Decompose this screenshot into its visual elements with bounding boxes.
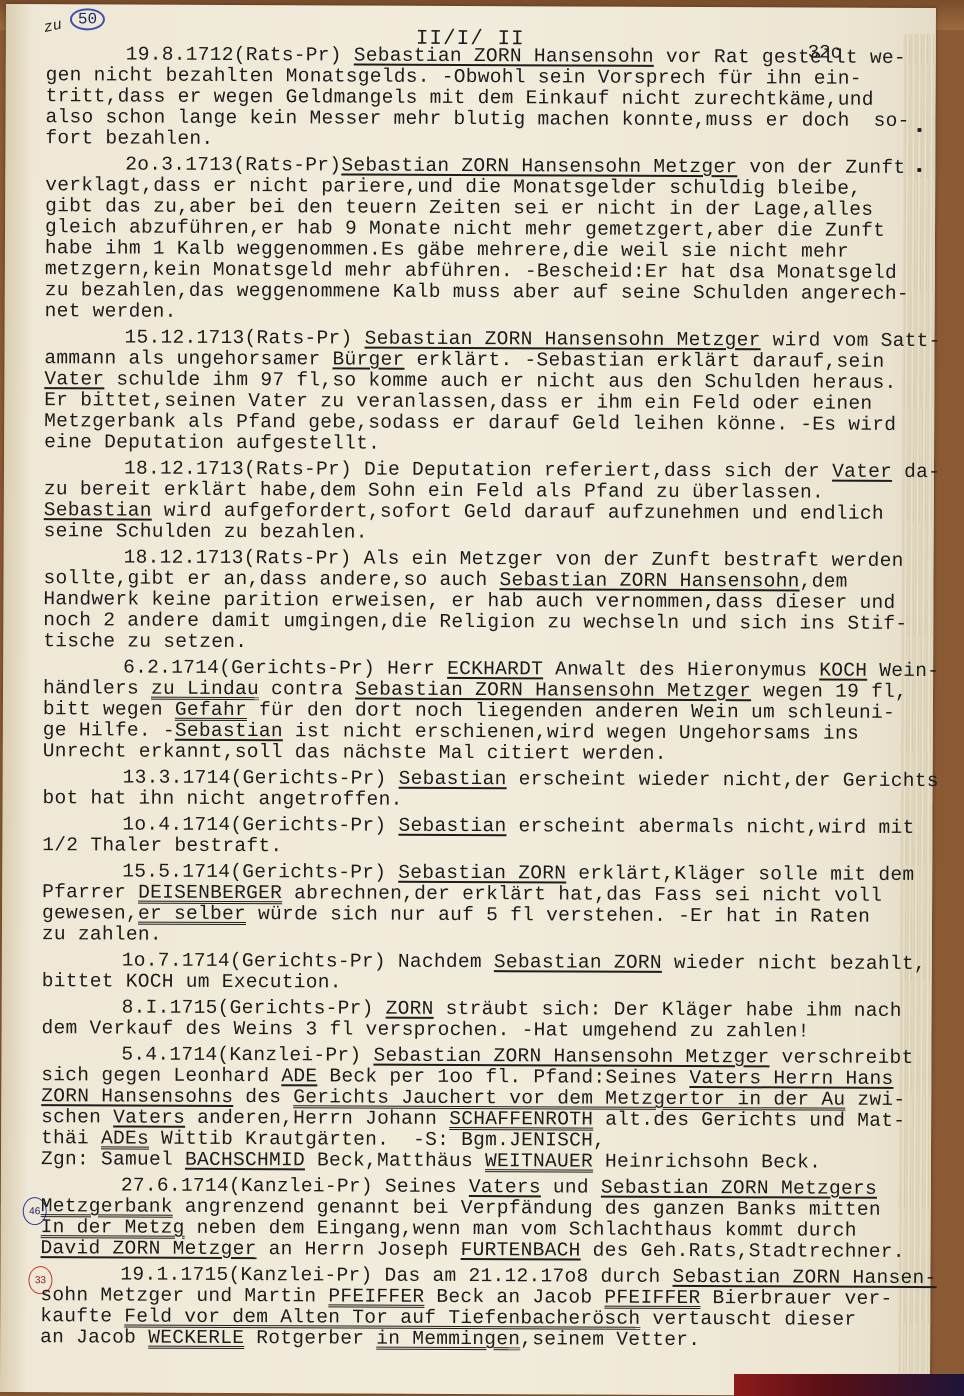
text-segment: verschreibt (769, 1046, 913, 1069)
underlined-name: KOCH (819, 660, 867, 682)
text-segment: dem Verkauf des Weins 3 fl versprochen. … (41, 1017, 809, 1042)
text-segment: Pfarrer (42, 881, 138, 903)
text-segment: thäi (41, 1127, 101, 1149)
text-line: bittet KOCH um Execution. (42, 971, 932, 996)
text-segment: zwi- (845, 1089, 905, 1111)
double-underlined-term: PFEIFFER (328, 1285, 424, 1307)
text-segment: 1o.7.1714(Gerichts-Pr) Nachdem (122, 950, 494, 974)
record-entry: 8.I.1715(Gerichts-Pr) ZORN sträubt sich:… (41, 997, 931, 1043)
text-segment: kaufte (40, 1305, 124, 1327)
text-segment: sich gegen Leonhard (41, 1064, 281, 1087)
text-line: David ZORN Metzger an Herrn Joseph FURTE… (41, 1238, 931, 1263)
text-segment: Anwalt des Hieronymus (543, 658, 819, 681)
record-entry: 5.4.1714(Kanzlei-Pr) Sebastian ZORN Hans… (41, 1044, 932, 1174)
double-underlined-term: in Memmingen (376, 1328, 520, 1351)
text-segment: Heinrichsohn Beck. (593, 1151, 821, 1174)
double-underlined-term: WEITNAUER (485, 1150, 593, 1172)
record-entry: 2o.3.1713(Rats-Pr)Sebastian ZORN Hansens… (45, 154, 936, 326)
book-cover-corner (734, 1374, 964, 1396)
text-line: bot hat ihn nicht angetroffen. (42, 788, 932, 813)
double-underlined-term: Metzgerbank (41, 1195, 173, 1218)
underlined-name: Sebastian (44, 499, 152, 521)
ink-dot (917, 128, 921, 132)
text-segment: bot hat ihn nicht angetroffen. (42, 787, 402, 811)
margin-reference-number: 50 (70, 8, 105, 30)
text-segment: 15.12.1713(Rats-Pr) (124, 327, 364, 350)
text-segment: anderen,Herrn Johann (185, 1107, 449, 1130)
text-segment: 1/2 Thaler bestraft. (42, 834, 282, 857)
double-underlined-term: zu Lindau (151, 678, 259, 700)
text-segment: Unrecht erkannt,soll das nächste Mal cit… (43, 740, 667, 765)
text-segment: 19.8.1712(Rats-Pr) (126, 44, 354, 67)
text-segment: 5.4.1714(Kanzlei-Pr) (121, 1044, 373, 1067)
underlined-name: Vater (832, 461, 892, 483)
text-segment: seine Schulden zu bezahlen. (44, 520, 368, 543)
underlined-name: Sebastian ZORN Hansensohn (354, 45, 654, 68)
text-line: an Jacob WECKERLE Rotgerber in Memmingen… (40, 1327, 930, 1352)
text-segment: Beck,Matthäus (305, 1149, 485, 1172)
underlined-name: Vaters (113, 1106, 185, 1128)
text-segment: Wein- (867, 660, 939, 682)
text-segment: bitt wegen (43, 698, 175, 721)
text-segment: ,seinem Vetter. (520, 1328, 700, 1351)
text-line: tische zu setzen. (43, 631, 933, 656)
text-line: Unrecht erkannt,soll das nächste Mal cit… (43, 741, 933, 766)
text-segment: des (233, 1086, 293, 1108)
underlined-name: ECKHARDT (447, 658, 543, 680)
text-segment: 27.6.1714(Kanzlei-Pr) Seines (121, 1175, 469, 1199)
text-segment: 2o.3.1713(Rats-Pr) (125, 154, 341, 177)
text-line: Zgn: Samuel BACHSCHMID Beck,Matthäus WEI… (41, 1149, 931, 1174)
text-segment: schen (41, 1106, 113, 1128)
text-segment: ge Hilfe. - (43, 719, 175, 742)
ink-dot (917, 168, 921, 172)
text-segment: alt.des Gerichts und Mat- (593, 1109, 905, 1132)
text-segment: von der Zunft (737, 156, 905, 179)
underlined-name: ZORN Hansensohns (41, 1085, 233, 1108)
text-segment: tische zu setzen. (43, 630, 247, 653)
text-line: 1/2 Thaler bestraft. (42, 835, 932, 860)
record-entry: 13.3.1714(Gerichts-Pr) Sebastian erschei… (42, 767, 932, 813)
underlined-name: Sebastian ZORN Hansensohn Metzger (373, 1045, 769, 1069)
double-underlined-term: ADEs (101, 1127, 149, 1149)
double-underlined-term: SCHAFFENROTH (449, 1108, 593, 1131)
underlined-name: Sebastian ZORN Hansensohn Metzger (341, 154, 737, 178)
text-segment: erscheint wieder nicht,der Gerichts (507, 768, 939, 792)
text-segment: ammann als ungehorsamer (44, 347, 332, 370)
underlined-name: Sebastian ZORN Hansen- (672, 1266, 936, 1289)
text-segment: wieder nicht bezahlt, (662, 952, 926, 975)
underlined-name: Sebastian (399, 768, 507, 790)
underlined-name: Sebastian ZORN (494, 951, 662, 974)
text-segment: erscheint abermals nicht,wird mit (506, 815, 914, 839)
text-segment: gewesen, (42, 902, 138, 924)
text-line: fort bezahlen. (45, 128, 935, 153)
text-segment: bittet KOCH um Execution. (42, 970, 342, 993)
text-segment: wird vom Satt- (761, 329, 941, 352)
text-line: dem Verkauf des Weins 3 fl versprochen. … (41, 1018, 931, 1043)
text-segment: an Herrn Joseph (257, 1238, 461, 1261)
margin-reference-prefix: zu (42, 17, 63, 37)
underlined-name: Sebastian ZORN Hansensohn (500, 569, 800, 592)
text-segment: 1o.4.1714(Gerichts-Pr) (122, 814, 398, 837)
text-segment: Beck per 1oo fl. Pfand:Seines (317, 1065, 689, 1089)
double-underlined-term: WECKERLE (148, 1327, 244, 1349)
record-entry: 1o.4.1714(Gerichts-Pr) Sebastian erschei… (42, 814, 932, 860)
underlined-name: ADE (281, 1065, 317, 1087)
text-segment: 13.3.1714(Gerichts-Pr) (123, 767, 399, 790)
underlined-name: Sebastian ZORN Hansensohn Metzger (355, 679, 751, 703)
record-entry: 6.2.1714(Gerichts-Pr) Herr ECKHARDT Anwa… (43, 657, 933, 766)
text-line: gewesen,er selber würde sich nur auf 5 f… (42, 903, 932, 928)
double-underlined-term: PFEIFFER (604, 1287, 700, 1309)
text-segment: an Jacob (40, 1326, 148, 1348)
record-entry: 18.12.1713(Rats-Pr) Als ein Metzger von … (43, 547, 933, 656)
underlined-name: ZORN (386, 998, 434, 1020)
text-segment: sohn Metzger und Martin (40, 1284, 328, 1307)
text-segment: und (541, 1176, 601, 1198)
underlined-name: Sebastian (398, 815, 506, 837)
underlined-name: FURTENBACH (461, 1239, 581, 1262)
text-line: seine Schulden zu bezahlen. (44, 521, 934, 546)
text-segment: zu zahlen. (42, 923, 162, 946)
underlined-name: Sebastian (175, 720, 283, 742)
record-entry: 18.12.1713(Rats-Pr) Die Deputation refer… (44, 458, 934, 546)
typewritten-text-body: 19.8.1712(Rats-Pr) Sebastian ZORN Hansen… (40, 44, 936, 1357)
underlined-name: Vaters (469, 1176, 541, 1198)
text-line: net werden. (45, 301, 935, 326)
text-segment: net werden. (45, 300, 177, 323)
text-segment: 15.5.1714(Gerichts-Pr) (122, 861, 398, 884)
double-underlined-term: In der Metzg (41, 1216, 185, 1239)
double-underlined-term: er selber (138, 903, 246, 925)
text-segment: Zgn: Samuel (41, 1148, 185, 1171)
text-segment: Bierbrauer ver- (700, 1287, 892, 1310)
text-segment: ,dem (800, 570, 848, 592)
text-segment: 6.2.1714(Gerichts-Pr) Herr (123, 657, 447, 680)
record-entry: 15.5.1714(Gerichts-Pr) Sebastian ZORN er… (42, 861, 932, 949)
underlined-name: Sebastian ZORN Hansensohn Metzger (365, 328, 761, 352)
double-underlined-term: Gefahr (175, 699, 247, 721)
text-line: zu bezahlen,das weggenommene Kalb muss a… (45, 280, 935, 305)
text-segment: vor Rat gestellt we- (654, 46, 906, 69)
underlined-name: David ZORN Metzger (41, 1237, 257, 1260)
record-entry: 1o.7.1714(Gerichts-Pr) Nachdem Sebastian… (42, 950, 932, 996)
text-segment: vertauscht dieser (640, 1308, 856, 1331)
double-underlined-term: DEISENBERGER (138, 882, 282, 905)
record-entry: 15.12.1713(Rats-Pr) Sebastian ZORN Hanse… (44, 327, 935, 457)
text-line: eine Deputation aufgestellt. (44, 432, 934, 457)
text-segment: Beck an Jacob (424, 1286, 604, 1309)
underlined-name: Vaters Herrn Hans (689, 1067, 893, 1090)
text-segment: contra (259, 678, 355, 700)
underlined-name: Sebastian ZORN (398, 862, 566, 885)
record-entry: 19.1.1715(Kanzlei-Pr) Das am 21.12.17o8 … (40, 1264, 930, 1352)
text-segment: da- (892, 461, 940, 483)
text-segment: fort bezahlen. (45, 127, 213, 150)
text-segment: erklärt,Kläger solle mit dem (566, 862, 914, 886)
text-segment: würde sich nur auf 5 fl verstehen. -Er h… (246, 903, 870, 928)
document-page: zu 50 II/I/ II 32o 46 33 19.8.1712(Rats-… (0, 4, 936, 1396)
text-segment: wegen 19 fl, (751, 680, 907, 703)
underlined-name: Sebastian ZORN Metzgers (601, 1177, 877, 1200)
record-entry: 27.6.1714(Kanzlei-Pr) Seines Vaters und … (41, 1175, 931, 1263)
text-segment: 8.I.1715(Gerichts-Pr) (122, 997, 386, 1020)
text-line: zu zahlen. (42, 924, 932, 949)
text-segment: Rotgerber (244, 1327, 376, 1350)
text-segment: des Geh.Rats,Stadtrechner. (581, 1240, 905, 1263)
underlined-name: Bürger (332, 348, 404, 370)
underlined-name: BACHSCHMID (185, 1149, 305, 1172)
record-entry: 19.8.1712(Rats-Pr) Sebastian ZORN Hansen… (45, 44, 935, 153)
underlined-name: Vater (44, 368, 104, 390)
text-segment: händlers (43, 677, 151, 699)
text-segment: eine Deputation aufgestellt. (44, 431, 380, 454)
